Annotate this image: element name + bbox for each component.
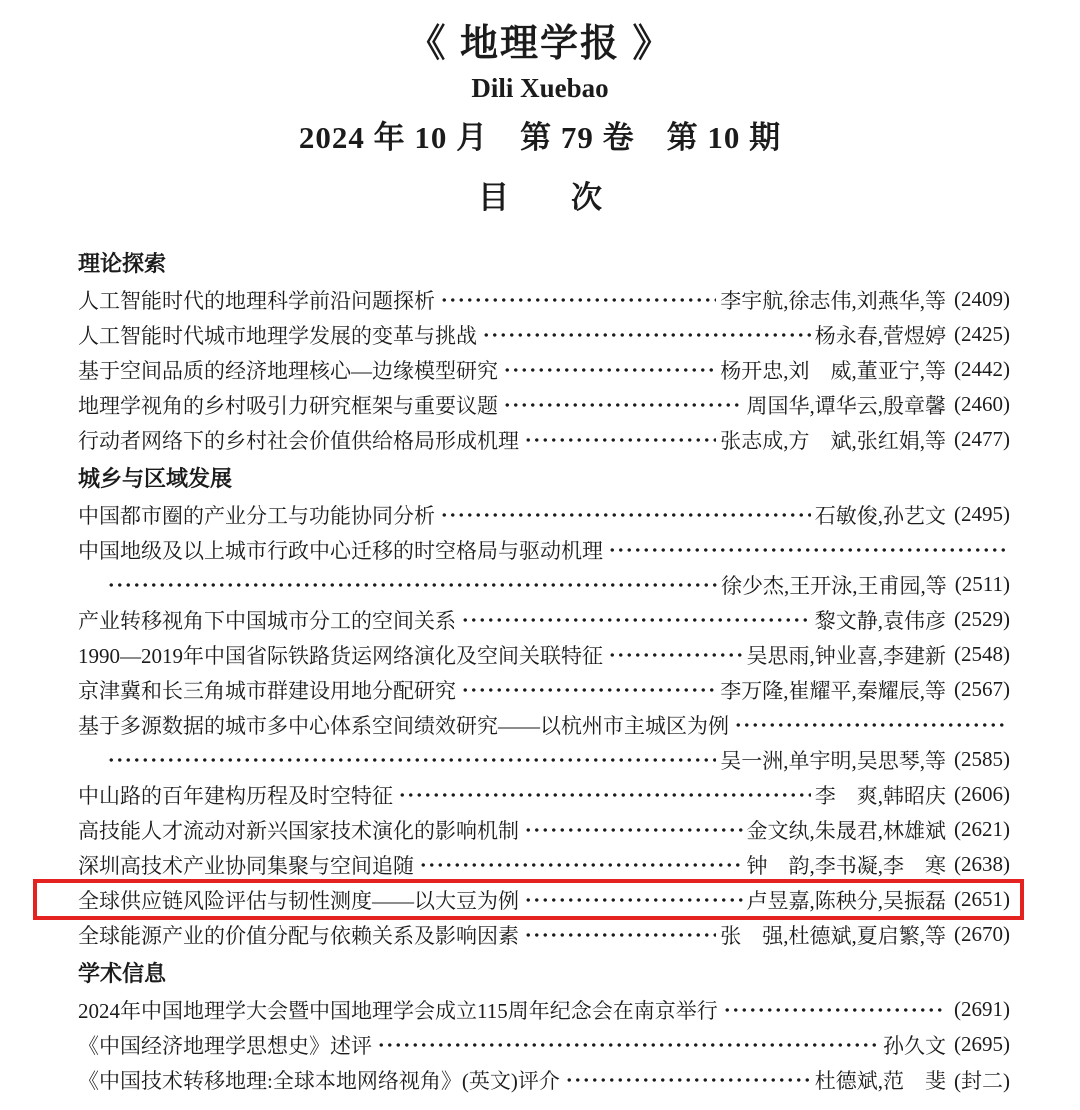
entry-title: 基于多源数据的城市多中心体系空间绩效研究——以杭州市主城区为例 <box>78 710 729 740</box>
entry-page: (2670) <box>954 922 1010 947</box>
leader-dots <box>722 992 942 1027</box>
leader-dots <box>376 1027 879 1062</box>
entry-page: (2621) <box>954 817 1010 842</box>
entry-page: (2695) <box>954 1032 1010 1057</box>
leader-dots <box>523 422 716 457</box>
leader-dots <box>502 352 716 387</box>
entry-authors: 卢昱嘉,陈秧分,吴振磊 <box>747 885 947 915</box>
entry-title: 全球供应链风险评估与韧性测度——以大豆为例 <box>78 885 519 915</box>
leader-dots <box>523 883 743 916</box>
entry-page: (2548) <box>954 642 1010 667</box>
entry-title: 京津冀和长三角城市群建设用地分配研究 <box>78 675 456 705</box>
entry-title: 基于空间品质的经济地理核心—边缘模型研究 <box>78 355 498 385</box>
entry-page: (2425) <box>954 322 1010 347</box>
entry-authors: 吴思雨,钟业喜,李建新 <box>747 640 947 670</box>
entry-page: (2606) <box>954 782 1010 807</box>
entry-page: (2691) <box>954 997 1010 1022</box>
entry-title: 人工智能时代的地理科学前沿问题探析 <box>78 285 435 315</box>
issue-info: 2024 年 10 月 第 79 卷 第 10 期 <box>0 120 1080 156</box>
toc-entry: 全球能源产业的价值分配与依赖关系及影响因素 张 强,杜德斌,夏启繁,等 (267… <box>78 917 1010 952</box>
toc-entry-title-line: 中国地级及以上城市行政中心迁移的时空格局与驱动机理 <box>78 532 1010 567</box>
toc-entry: 人工智能时代的地理科学前沿问题探析 李宇航,徐志伟,刘燕华,等 (2409) <box>78 282 1010 317</box>
entry-page: (2511) <box>955 572 1010 597</box>
entry-title: 《中国技术转移地理:全球本地网络视角》(英文)评介 <box>78 1065 560 1095</box>
section-heading-academic-info: 学术信息 <box>78 952 1010 992</box>
toc-entry: 基于空间品质的经济地理核心—边缘模型研究 杨开忠,刘 威,董亚宁,等 (2442… <box>78 352 1010 387</box>
entry-authors: 张 强,杜德斌,夏启繁,等 <box>720 920 946 950</box>
entry-page: (2585) <box>954 747 1010 772</box>
entry-authors: 杨永春,菅煜婷 <box>815 320 946 350</box>
toc-entry: 深圳高技术产业协同集聚与空间追随 钟 韵,李书凝,李 寒 (2638) <box>78 847 1010 882</box>
entry-authors: 黎文静,袁伟彦 <box>815 605 946 635</box>
entry-title: 中国地级及以上城市行政中心迁移的时空格局与驱动机理 <box>78 535 603 565</box>
toc-entry: 中国都市圈的产业分工与功能协同分析 石敏俊,孙艺文 (2495) <box>78 497 1010 532</box>
toc-entry: 行动者网络下的乡村社会价值供给格局形成机理 张志成,方 斌,张红娟,等 (247… <box>78 422 1010 457</box>
leader-dots <box>481 317 811 352</box>
toc-entry: 地理学视角的乡村吸引力研究框架与重要议题 周国华,谭华云,殷章馨 (2460) <box>78 387 1010 422</box>
toc-entry: 2024年中国地理学大会暨中国地理学会成立115周年纪念会在南京举行 (2691… <box>78 992 1010 1027</box>
toc-entry: 中山路的百年建构历程及时空特征 李 爽,韩昭庆 (2606) <box>78 777 1010 812</box>
entry-authors: 吴一洲,单宇明,吴思琴,等 <box>720 745 946 775</box>
entry-page: (2567) <box>954 677 1010 702</box>
leader-dots <box>607 637 743 672</box>
entry-title: 全球能源产业的价值分配与依赖关系及影响因素 <box>78 920 519 950</box>
journal-title: 《 地理学报 》 <box>0 0 1080 66</box>
entry-authors: 孙久文 <box>883 1030 946 1060</box>
toc-entry-title-line: 基于多源数据的城市多中心体系空间绩效研究——以杭州市主城区为例 <box>78 707 1010 742</box>
contents-heading: 目 次 <box>0 180 1080 216</box>
entry-title: 地理学视角的乡村吸引力研究框架与重要议题 <box>78 390 498 420</box>
entry-authors: 杨开忠,刘 威,董亚宁,等 <box>720 355 946 385</box>
leader-dots <box>564 1062 811 1097</box>
entry-page: (2442) <box>954 357 1010 382</box>
leader-dots <box>439 282 716 317</box>
leader-dots <box>397 777 811 812</box>
page-header: 《 地理学报 》 Dili Xuebao 2024 年 10 月 第 79 卷 … <box>0 0 1080 216</box>
entry-title: 高技能人才流动对新兴国家技术演化的影响机制 <box>78 815 519 845</box>
entry-title: 行动者网络下的乡村社会价值供给格局形成机理 <box>78 425 519 455</box>
entry-authors: 李宇航,徐志伟,刘燕华,等 <box>720 285 946 315</box>
toc-entry: 人工智能时代城市地理学发展的变革与挑战 杨永春,菅煜婷 (2425) <box>78 317 1010 352</box>
leader-dots <box>106 567 717 602</box>
toc-entry-continuation: 徐少杰,王开泳,王甫园,等 (2511) <box>78 567 1010 602</box>
toc-entry-highlighted: 全球供应链风险评估与韧性测度——以大豆为例 卢昱嘉,陈秧分,吴振磊 (2651) <box>33 879 1024 920</box>
section-heading-theory: 理论探索 <box>78 242 1010 282</box>
entry-title: 产业转移视角下中国城市分工的空间关系 <box>78 605 456 635</box>
entry-title: 1990—2019年中国省际铁路货运网络演化及空间关联特征 <box>78 640 603 670</box>
leader-dots <box>733 707 1006 742</box>
entry-page: (2409) <box>954 287 1010 312</box>
entry-page: (2495) <box>954 502 1010 527</box>
entry-authors: 李万隆,崔耀平,秦耀辰,等 <box>720 675 946 705</box>
entry-title: 中山路的百年建构历程及时空特征 <box>78 780 393 810</box>
section-heading-urban-rural: 城乡与区域发展 <box>78 457 1010 497</box>
entry-authors: 钟 韵,李书凝,李 寒 <box>747 850 947 880</box>
journal-pinyin-title: Dili Xuebao <box>0 73 1080 103</box>
entry-authors: 张志成,方 斌,张红娟,等 <box>720 425 946 455</box>
entry-page: (2460) <box>954 392 1010 417</box>
toc-entry: 1990—2019年中国省际铁路货运网络演化及空间关联特征 吴思雨,钟业喜,李建… <box>78 637 1010 672</box>
toc-entry: 《中国技术转移地理:全球本地网络视角》(英文)评介 杜德斌,范 斐 (封二) <box>78 1062 1010 1097</box>
journal-toc-page: 《 地理学报 》 Dili Xuebao 2024 年 10 月 第 79 卷 … <box>0 0 1080 1110</box>
entry-authors: 徐少杰,王开泳,王甫园,等 <box>721 570 947 600</box>
entry-title: 人工智能时代城市地理学发展的变革与挑战 <box>78 320 477 350</box>
toc-entry: 高技能人才流动对新兴国家技术演化的影响机制 金文纨,朱晟君,林雄斌 (2621) <box>78 812 1010 847</box>
entry-page: (封二) <box>954 1065 1010 1095</box>
entry-authors: 石敏俊,孙艺文 <box>815 500 946 530</box>
leader-dots <box>439 497 811 532</box>
entry-page: (2651) <box>954 887 1010 912</box>
leader-dots <box>523 812 743 847</box>
leader-dots <box>607 532 1006 567</box>
entry-page: (2477) <box>954 427 1010 452</box>
entry-authors: 杜德斌,范 斐 <box>815 1065 946 1095</box>
entry-title: 2024年中国地理学大会暨中国地理学会成立115周年纪念会在南京举行 <box>78 995 718 1025</box>
entry-authors: 金文纨,朱晟君,林雄斌 <box>747 815 947 845</box>
entry-page: (2529) <box>954 607 1010 632</box>
leader-dots <box>106 742 716 777</box>
entry-title: 深圳高技术产业协同集聚与空间追随 <box>78 850 414 880</box>
leader-dots <box>502 387 743 422</box>
toc-entry-continuation: 吴一洲,单宇明,吴思琴,等 (2585) <box>78 742 1010 777</box>
toc-entry: 产业转移视角下中国城市分工的空间关系 黎文静,袁伟彦 (2529) <box>78 602 1010 637</box>
entry-title: 中国都市圈的产业分工与功能协同分析 <box>78 500 435 530</box>
entry-title: 《中国经济地理学思想史》述评 <box>78 1030 372 1060</box>
toc-body: 理论探索 人工智能时代的地理科学前沿问题探析 李宇航,徐志伟,刘燕华,等 (24… <box>0 242 1080 1097</box>
leader-dots <box>460 602 811 637</box>
leader-dots <box>460 672 716 707</box>
toc-entry: 京津冀和长三角城市群建设用地分配研究 李万隆,崔耀平,秦耀辰,等 (2567) <box>78 672 1010 707</box>
toc-entry: 《中国经济地理学思想史》述评 孙久文 (2695) <box>78 1027 1010 1062</box>
leader-dots <box>523 917 716 952</box>
entry-page: (2638) <box>954 852 1010 877</box>
leader-dots <box>418 847 743 882</box>
entry-authors: 周国华,谭华云,殷章馨 <box>747 390 947 420</box>
entry-authors: 李 爽,韩昭庆 <box>815 780 946 810</box>
